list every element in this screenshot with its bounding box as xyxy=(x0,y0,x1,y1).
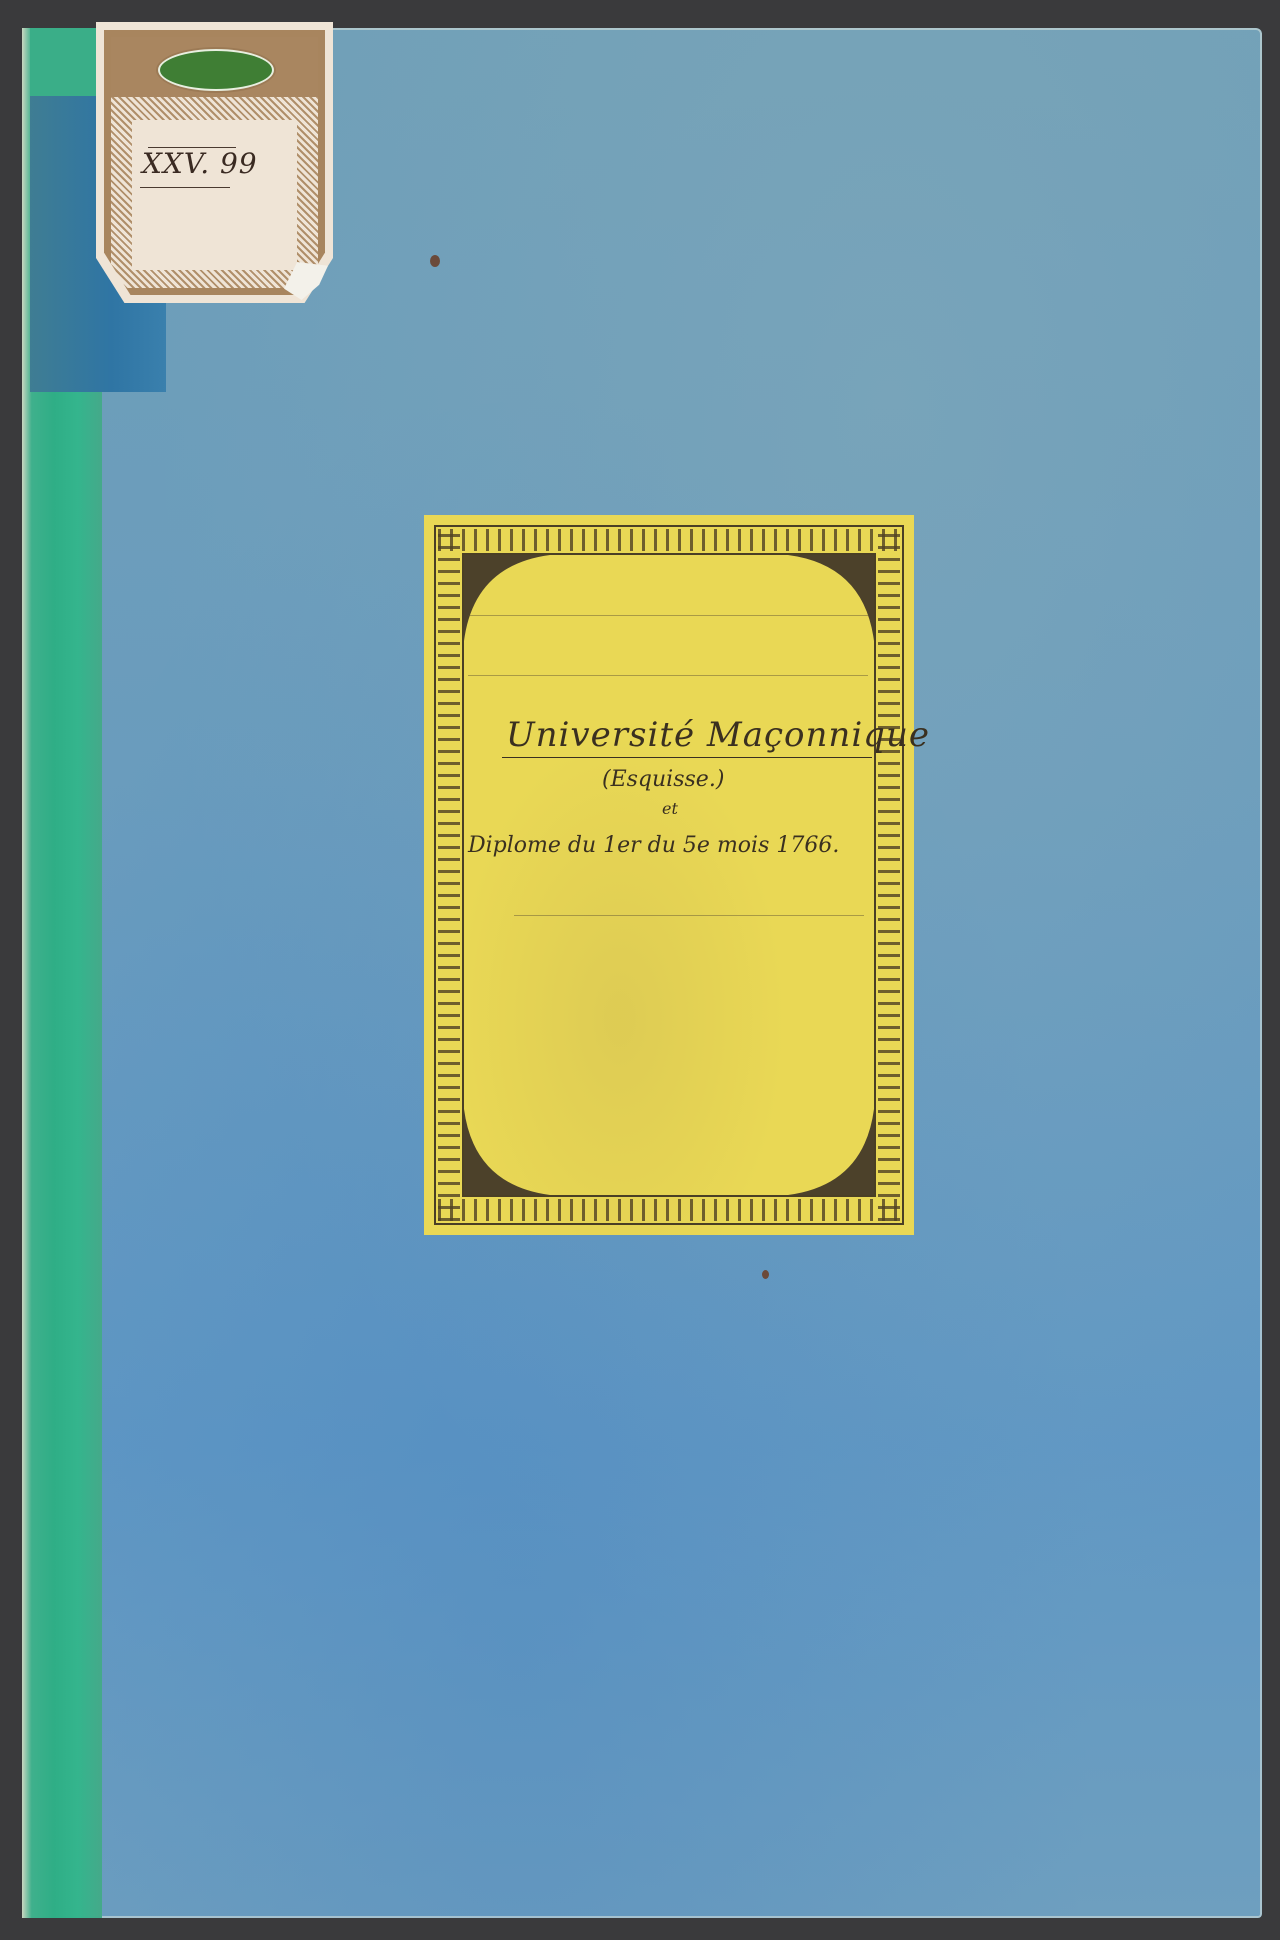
green-oval-icon xyxy=(158,49,274,91)
spine-band-top xyxy=(30,28,100,96)
rule-line xyxy=(514,915,864,916)
shelf-label: XXV. 99 xyxy=(96,22,333,303)
title-underline xyxy=(502,757,872,758)
label-conjunction: et xyxy=(662,799,678,818)
label-title: Université Maçonnique xyxy=(506,715,930,755)
label-inner-border xyxy=(462,553,876,1197)
stain-speck xyxy=(430,255,440,267)
label-subtitle: (Esquisse.) xyxy=(602,767,724,792)
label-diploma-line: Diplome du 1er du 5e mois 1766. xyxy=(468,833,839,858)
shelf-code: XXV. 99 xyxy=(142,147,258,180)
title-label: Université Maçonnique (Esquisse.) et Dip… xyxy=(424,515,914,1235)
stain-speck xyxy=(762,1270,769,1279)
rule-line xyxy=(468,615,868,616)
rule-line xyxy=(140,187,230,188)
rule-line xyxy=(468,675,868,676)
shelf-label-field xyxy=(132,120,297,270)
